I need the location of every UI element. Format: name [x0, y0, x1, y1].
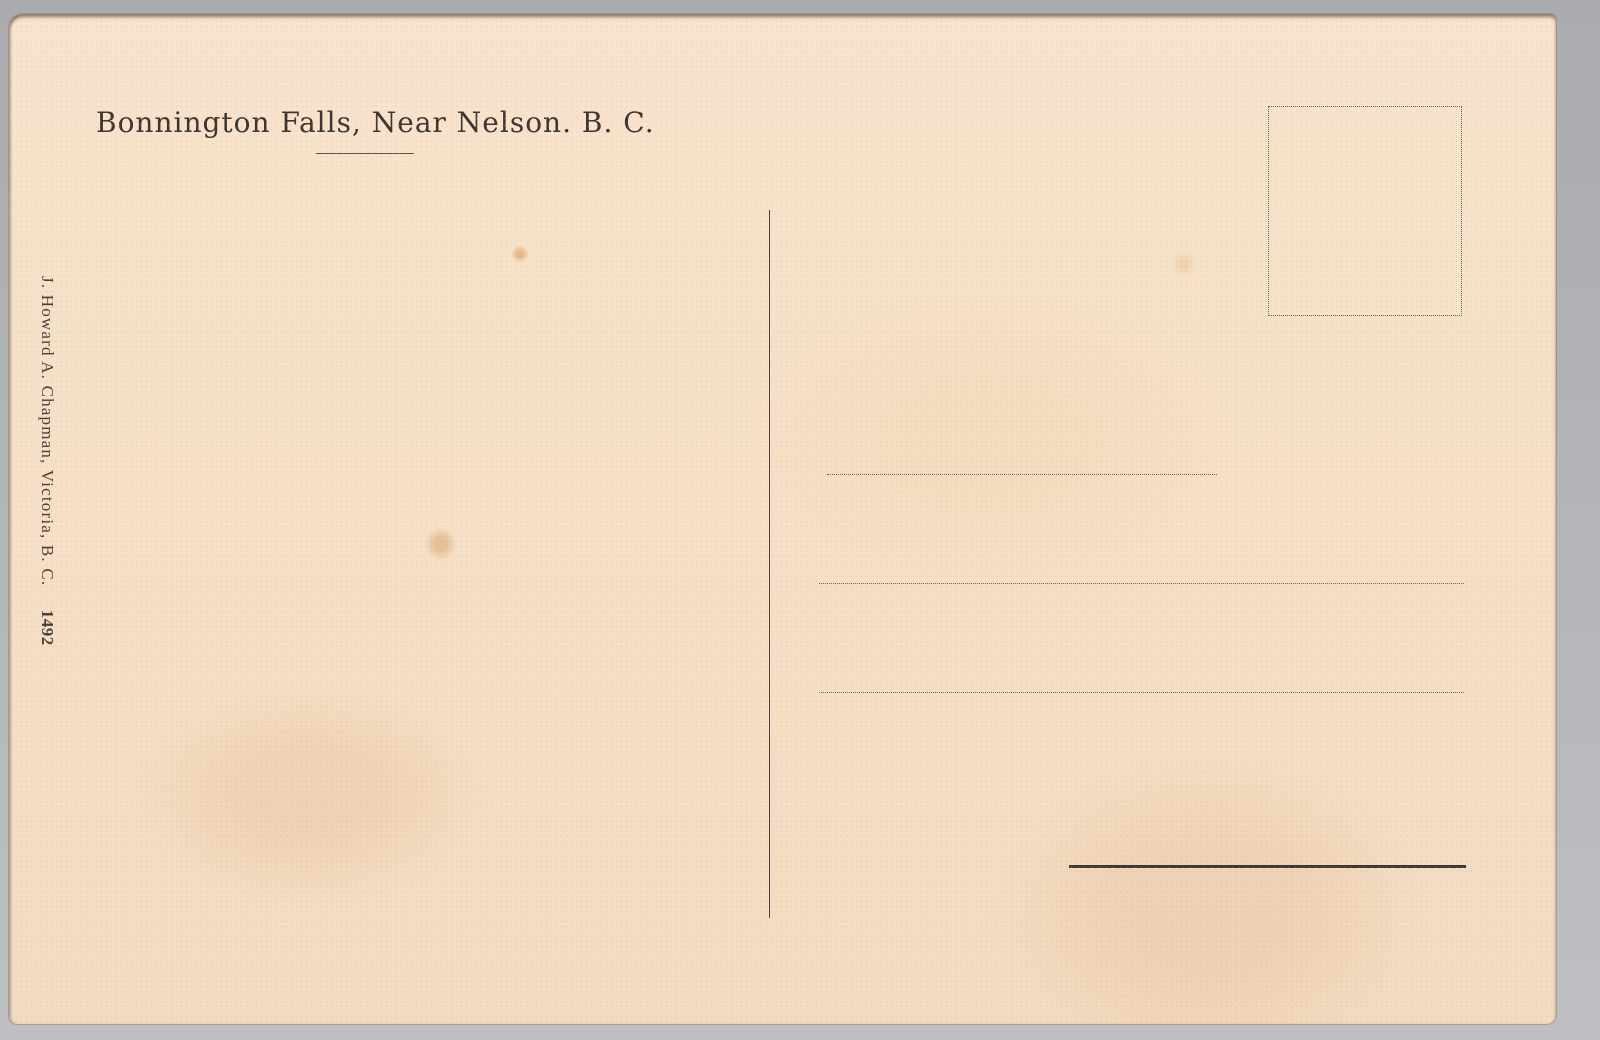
- address-line-2: [819, 583, 1464, 584]
- postcard-title: Bonnington Falls, Near Nelson. B. C.: [96, 106, 655, 139]
- catalog-number: 1492: [38, 610, 57, 646]
- scan-background: Bonnington Falls, Near Nelson. B. C. J. …: [0, 0, 1600, 1040]
- address-line-3: [819, 692, 1464, 693]
- postcard-back: Bonnington Falls, Near Nelson. B. C. J. …: [9, 14, 1556, 1024]
- address-line-1: [827, 474, 1217, 475]
- address-line-4: [1069, 865, 1466, 868]
- message-address-divider: [769, 210, 770, 918]
- publisher-credit: J. Howard A. Chapman, Victoria, B. C. 14…: [37, 276, 57, 646]
- stamp-box: [1268, 106, 1462, 316]
- publisher-name: J. Howard A. Chapman, Victoria, B. C.: [38, 276, 57, 586]
- title-underline: [316, 153, 414, 154]
